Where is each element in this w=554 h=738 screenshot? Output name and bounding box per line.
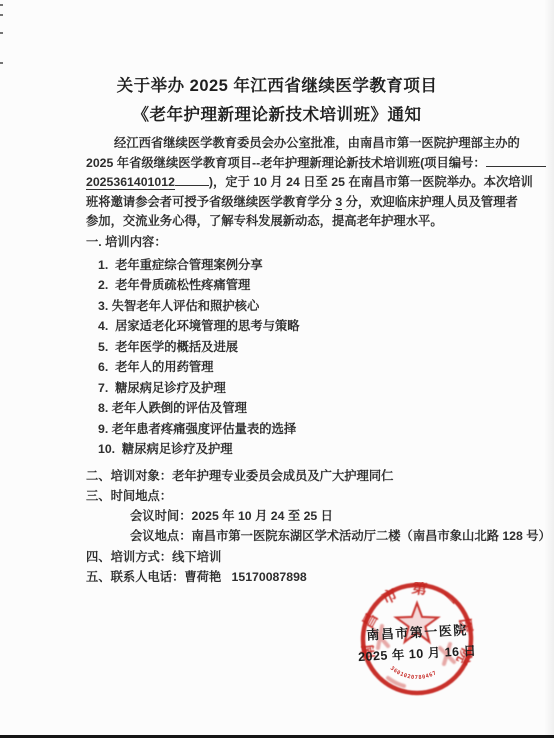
list-item: 6. 老年人的用药管理 bbox=[98, 357, 514, 378]
document-title: 关于举办 2025 年江西省继续医学教育项目 《老年护理新理论新技术培训班》通知 bbox=[0, 0, 554, 130]
scan-speck bbox=[0, 32, 3, 34]
training-items: 1. 老年重症综合管理案例分享2. 老年骨质疏松性疼痛管理3. 失智老年人评估和… bbox=[98, 255, 514, 460]
intro-line-3-text: )，定于 10 月 24 日至 25 在南昌市第一医院举办。本次培训 bbox=[209, 175, 533, 189]
blank-underline bbox=[175, 174, 209, 186]
intro-line-5: 参加，交流业务心得，了解专科发展新动态，提高老年护理水平。 bbox=[86, 212, 514, 232]
section-2: 二、培训对象：老年护理专业委员会成员及广大护理同仁 bbox=[86, 466, 514, 486]
scan-speck bbox=[0, 4, 3, 6]
sections-block: 二、培训对象：老年护理专业委员会成员及广大护理同仁 三、时间地点： 会议时间：2… bbox=[86, 466, 514, 588]
blank-underline bbox=[486, 155, 546, 167]
document-body: 经江西省继续医学教育委员会办公室批准，由南昌市第一医院护理部主办的 2025 年… bbox=[86, 134, 514, 587]
official-seal: 南昌市第一医院 3601020780467 南昌市第一医院 2025 年 10 … bbox=[358, 582, 476, 700]
list-item: 7. 糖尿病足诊疗及护理 bbox=[98, 378, 514, 399]
intro-line-1: 经江西省继续医学教育委员会办公室批准，由南昌市第一医院护理部主办的 bbox=[86, 134, 514, 154]
list-item: 2. 老年骨质疏松性疼痛管理 bbox=[98, 275, 514, 296]
list-item: 3. 失智老年人评估和照护核心 bbox=[98, 296, 514, 317]
scan-speck bbox=[0, 62, 3, 64]
meeting-time: 会议时间：2025 年 10 月 24 至 25 日 bbox=[86, 506, 514, 526]
section-3: 三、时间地点： bbox=[86, 486, 514, 506]
scan-speck bbox=[0, 14, 3, 16]
scan-edge-shadow bbox=[544, 0, 554, 738]
scanned-notice-page: 关于举办 2025 年江西省继续医学教育项目 《老年护理新理论新技术培训班》通知… bbox=[0, 0, 554, 738]
list-item: 1. 老年重症综合管理案例分享 bbox=[98, 255, 514, 276]
intro-line-2: 2025 年省级继续医学教育项目--老年护理新理论新技术培训班(项目编号： bbox=[86, 154, 514, 174]
list-item: 8. 老年人跌倒的评估及管理 bbox=[98, 398, 514, 419]
list-item: 4. 居家适老化环境管理的思考与策略 bbox=[98, 316, 514, 337]
intro-line-4-before: 班将邀请参会者可授予省级继续医学教育学分 bbox=[86, 195, 335, 209]
list-item: 5. 老年医学的概括及进展 bbox=[98, 337, 514, 358]
section-1-heading: 一. 培训内容： bbox=[86, 233, 514, 253]
seal-serial-number: 3601020780467 bbox=[389, 666, 438, 681]
intro-line-4-after: 分，欢迎临床护理人员及管理者 bbox=[342, 195, 518, 209]
list-item: 9. 老年患者疼痛强度评估量表的选择 bbox=[98, 419, 514, 440]
section-4: 四、培训方式：线下培训 bbox=[86, 547, 514, 567]
title-line-2: 《老年护理新理论新技术培训班》通知 bbox=[0, 101, 554, 130]
intro-line-4: 班将邀请参会者可授予省级继续医学教育学分 3 分，欢迎临床护理人员及管理者 bbox=[86, 193, 514, 213]
intro-line-3: 2025361401012)，定于 10 月 24 日至 25 在南昌市第一医院… bbox=[86, 173, 514, 193]
meeting-place: 会议地点：南昌市第一医院东湖区学术活动厅二楼（南昌市象山北路 128 号） bbox=[86, 526, 514, 546]
intro-line-2-text: 2025 年省级继续医学教育项目--老年护理新理论新技术培训班(项目编号： bbox=[86, 156, 486, 170]
title-line-1: 关于举办 2025 年江西省继续医学教育项目 bbox=[0, 72, 554, 101]
list-item: 10. 糖尿病足诊疗及护理 bbox=[98, 439, 514, 460]
project-number: 2025361401012 bbox=[86, 175, 175, 190]
